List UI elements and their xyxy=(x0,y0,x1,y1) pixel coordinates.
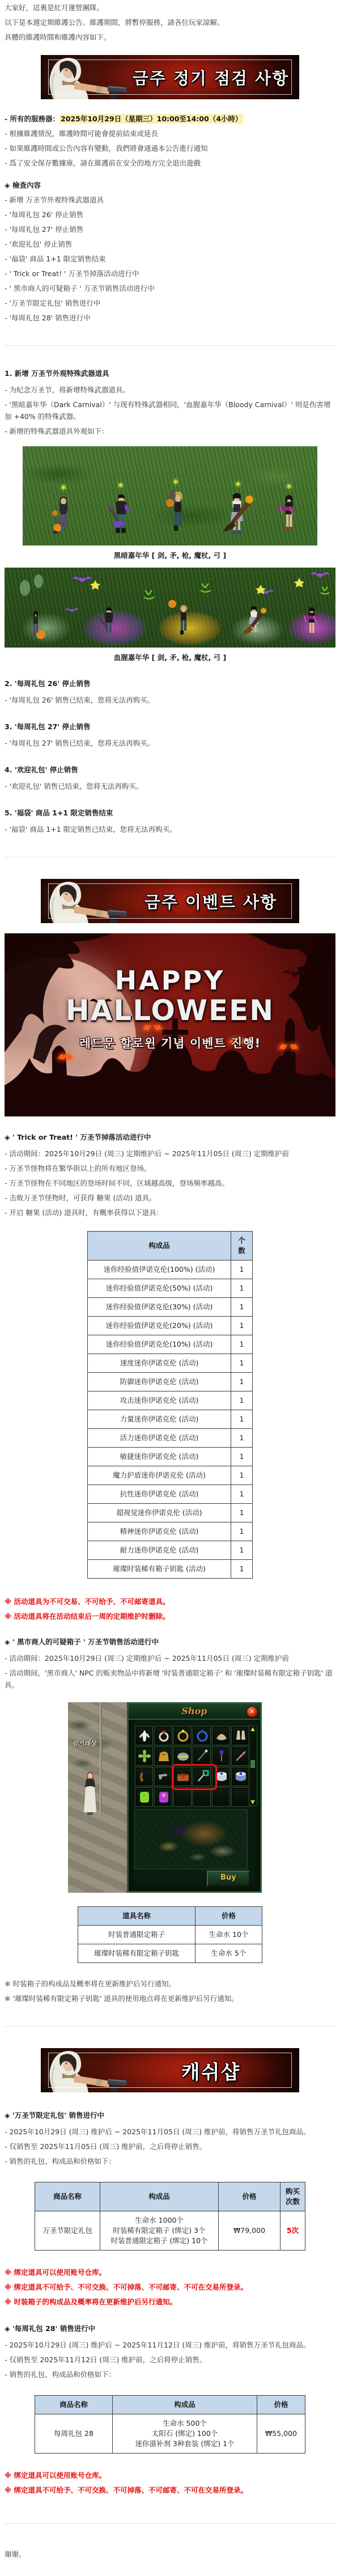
cashshop-banner: 캐쉬샵 xyxy=(41,2048,299,2092)
weekly-pack-line: - 2025年10月29日 (周三) 维护后 ~ 2025年11月12日 (周三… xyxy=(5,2339,335,2351)
table-header-row: 构成品 个数 xyxy=(88,1232,253,1260)
trick-line: - 万圣节怪物在不同地区的登场时间不同，区域越高级，登场频率越高。 xyxy=(5,1177,335,1189)
intro-line-3: 具體的維護時間和維護內容如下。 xyxy=(5,32,335,43)
table-row: 璀璨时装稀有限定箱子钥匙生命水 5个 xyxy=(78,1944,262,1963)
pack-item: 时装普通限定箱子 (绑定) 10个 xyxy=(105,2236,214,2246)
blackmarket-title: ◈ ' 黑市商人的可疑箱子 ' 万圣节销售活动进行中 xyxy=(5,1636,335,1648)
candy-drop-table: 构成品 个数 迷你经验值伊诺克伦(100%) (活动)1 迷你经验值伊诺克伦(5… xyxy=(87,1231,253,1579)
item-slot xyxy=(135,1767,153,1786)
halloween-pack-line: - 销售的礼包、构成品和价格如下： xyxy=(5,2155,335,2167)
bloody-carnival-caption: 血腥嘉年华 [ 剑, 矛, 枪, 魔杖, 弓 ] xyxy=(5,653,335,663)
shop-window-title: Shop xyxy=(129,1706,260,1716)
cashshop-banner-title: 캐쉬샵 xyxy=(126,2048,296,2092)
trick-line: - 击败万圣节怪物时，可获得 糖果 (活动) 道具。 xyxy=(5,1192,335,1204)
table-row: 魔力护盾迷你伊诺克伦 (活动)1 xyxy=(88,1466,253,1485)
game-character-sprite xyxy=(52,496,75,538)
weekly-pack-title: ◈ '每周礼包 28' 销售进行中 xyxy=(5,2323,335,2334)
schedule-label: - 所有的服務器： xyxy=(5,115,59,123)
npc-name-label: 암거래상 xyxy=(73,1739,97,1748)
notice-page: 大家好，這裏是紅月運營團隊。 以下是本週定期維護公告。維護期間，將暫停服務，請各… xyxy=(0,0,340,2576)
table-row: 璀璨时装稀有箱子钥匙 (活动)1 xyxy=(88,1560,253,1579)
table-row: 迷你经验值伊诺克伦(50%) (活动)1 xyxy=(88,1279,253,1298)
item-slot xyxy=(135,1746,153,1766)
item-slot xyxy=(231,1746,249,1766)
event-banner-title: 금주 이벤트 사항 xyxy=(126,879,296,923)
item-slot xyxy=(231,1787,249,1807)
section4-line: - '欢迎礼包' 销售已结束，您将无法再购买。 xyxy=(5,780,335,792)
schedule-note: - 爲了安全保存數據庫，請在維護前在安全的地方完全退出遊戲 xyxy=(5,157,335,169)
item-slot xyxy=(173,1726,192,1745)
blackmarket-line: - 活动期间：2025年10月29日 (周三) 定期维护后 ~ 2025年11月… xyxy=(5,1652,335,1664)
trick-line: - 活动期间：2025年10月29日 (周三) 定期维护后 ~ 2025年11月… xyxy=(5,1148,335,1160)
schedule-line: - 所有的服務器：2025年10月29日（星期三）10:00至14:00（4小時… xyxy=(5,113,335,125)
event-warning: ※ 活动道具将在活动结束后一周的定期维护时删除。 xyxy=(5,1610,335,1622)
check-item: - 新增 万圣节外观特殊武器道具 xyxy=(5,194,335,206)
table-row: 敏捷迷你伊诺克伦 (活动)1 xyxy=(88,1448,253,1466)
section5-title: 5. '福袋' 商品 1+1 限定销售结束 xyxy=(5,807,335,819)
table-row: 万圣节限定礼包 生命水 1000个 时装稀有限定箱子 (绑定) 3个 时装普通限… xyxy=(35,2211,305,2251)
table-row: 超视觉迷你伊诺克伦 (活动)1 xyxy=(88,1504,253,1522)
game-character-sprite xyxy=(243,606,267,641)
table-row: 时装普通限定箱子生命水 10个 xyxy=(78,1926,262,1944)
section4-title: 4. '欢迎礼包' 停止销售 xyxy=(5,764,335,776)
trick-line: - 万圣节怪物将在繁华街以上的所有地区登场。 xyxy=(5,1162,335,1174)
section-divider xyxy=(5,2523,335,2524)
schedule-note: - 如果維護時間或公告內容有變動，我們將會通過本公告進行通知 xyxy=(5,142,335,154)
item-slot xyxy=(193,1726,211,1745)
game-character-sprite xyxy=(108,494,134,538)
pack-item: 生命水 1000个 xyxy=(105,2215,214,2226)
weekly-pack-line: - 仅销售至 2025年11月12日 (周三) 维护前，之后将停止销售。 xyxy=(5,2354,335,2366)
pack-item: 迷你滋补剂 3种套装 (绑定) 1个 xyxy=(117,2439,252,2449)
intro-line-2: 以下是本週定期維護公告。維護期間，將暫停服務，請各位玩家諒解。 xyxy=(5,17,335,28)
closing-thanks: 谢谢。 xyxy=(5,2549,335,2559)
shop-screenshot: 암거래상 Shop xyxy=(68,1702,262,1893)
halloween-effects-art xyxy=(5,568,335,648)
section-divider xyxy=(5,857,335,857)
game-character-sprite xyxy=(175,604,192,640)
column-header: 价格 xyxy=(219,2182,280,2211)
halloween-title-block: HAPPY HALLOWEEN 레드문 할로윈 기념 이벤트 진행! xyxy=(5,966,335,1051)
game-character-sprite xyxy=(99,607,118,641)
shop-scrollbar xyxy=(249,1725,257,1806)
close-icon xyxy=(246,1706,258,1718)
check-item: - '万圣节限定礼包' 销售进行中 xyxy=(5,297,335,309)
scrollbar-thumb xyxy=(250,1760,255,1768)
halloween-subtitle: 레드문 할로윈 기념 이벤트 진행! xyxy=(5,1034,335,1051)
section2-line: - '每周礼包 26' 销售已结束，您将无法再购买。 xyxy=(5,694,335,706)
schedule-time-highlight: 2025年10月29日（星期三）10:00至14:00（4小時） xyxy=(59,114,243,124)
item-slot xyxy=(135,1726,153,1745)
dark-carnival-caption: 黑暗嘉年华 [ 剑, 矛, 枪, 魔杖, 弓 ] xyxy=(5,551,335,561)
table-row: 活力迷你伊诺克伦 (活动)1 xyxy=(88,1429,253,1448)
table-row: 力量迷你伊诺克伦 (活动)1 xyxy=(88,1410,253,1429)
column-header: 个数 xyxy=(231,1232,253,1260)
column-header: 构成品 xyxy=(88,1232,231,1260)
quest-marker-icon xyxy=(286,481,293,492)
column-header: 构成品 xyxy=(100,2182,219,2211)
column-header: 购买次数 xyxy=(280,2182,305,2211)
maintenance-banner: 금주 정기 점검 사항 xyxy=(41,55,299,99)
blackmarket-line: - 活动期间，'黑市商人' NPC 的贩卖物品中将新增 '时装普通限定箱子' 和… xyxy=(5,1667,335,1691)
game-character-sprite xyxy=(28,611,43,642)
trick-line: - 开启 糖果 (活动) 道具时，有概率获得以下道具： xyxy=(5,1207,335,1219)
game-character-sprite xyxy=(164,490,187,538)
shop-titlebar: Shop xyxy=(129,1704,260,1720)
item-slot xyxy=(193,1787,211,1807)
table-row: 攻击迷你伊诺克伦 (活动)1 xyxy=(88,1391,253,1410)
item-slot xyxy=(212,1746,230,1766)
game-character-sprite xyxy=(277,495,301,538)
item-slot xyxy=(212,1787,230,1807)
section1-line: - 新增的特殊武器道具外观如下： xyxy=(5,425,335,437)
quest-marker-icon xyxy=(172,477,180,487)
item-slot xyxy=(154,1746,172,1766)
weekly-warning: ※ 绑定道具不可给予、不可交换、不可掉落、不可邮寄、不可在交易所登录。 xyxy=(5,2484,335,2496)
table-row: 迷你经验值伊诺克伦(10%) (活动)1 xyxy=(88,1335,253,1354)
pack-warning: ※ 绑定道具不可给予、不可交换、不可掉落、不可邮寄、不可在交易所登录。 xyxy=(5,2281,335,2293)
section1-line: - '黑暗嘉年华（Dark Carnival）' 与现有特殊武器相同，'血腥嘉年… xyxy=(5,399,335,422)
ghost-eyes-art xyxy=(59,1055,71,1060)
table-row: 抗性迷你伊诺克伦 (活动)1 xyxy=(88,1485,253,1504)
table-row: 速度迷你伊诺克伦 (活动)1 xyxy=(88,1354,253,1373)
pack-item: 太阳石 (绑定) 100个 xyxy=(117,2429,252,2439)
schedule-note: - 根據維護情況，維護時間可能會提前結束或延長 xyxy=(5,128,335,139)
column-header: 价格 xyxy=(195,1907,262,1926)
shop-window: Shop xyxy=(127,1702,262,1893)
table-row: 迷你经验值伊诺克伦(100%) (活动)1 xyxy=(88,1260,253,1279)
check-item: - '每周礼包 28' 销售进行中 xyxy=(5,312,335,324)
quest-marker-icon xyxy=(235,479,242,489)
section5-line: - '福袋' 商品 1+1 限定销售已结束，您将无法再购买。 xyxy=(5,823,335,835)
event-banner: 금주 이벤트 사항 xyxy=(41,879,299,923)
highlighted-items-box xyxy=(172,1764,217,1790)
quest-marker-icon xyxy=(117,480,125,490)
item-slot xyxy=(231,1726,249,1745)
npc-sprite xyxy=(82,1770,99,1817)
blackmarket-note: ※ 时装箱子的构成品及概率将在更新维护后另行通知。 xyxy=(5,1978,335,1990)
lamppost-art xyxy=(100,1702,102,1816)
weekly-warning: ※ 绑定道具可以使用账号仓库。 xyxy=(5,2469,335,2481)
check-item: - ' 黑市商人的可疑箱子 ' 万圣节销售活动进行中 xyxy=(5,282,335,294)
table-row: 迷你经验值伊诺克伦(30%) (活动)1 xyxy=(88,1298,253,1317)
bloody-carnival-screenshot xyxy=(5,568,335,648)
maintenance-banner-title: 금주 정기 점검 사항 xyxy=(126,55,296,99)
section1-title: 1. 新增 万圣节外观特殊武器道具 xyxy=(5,367,335,379)
item-slot xyxy=(231,1767,249,1786)
item-slot xyxy=(173,1746,192,1766)
table-header-row: 商品名称 构成品 价格 购买次数 xyxy=(35,2182,305,2211)
table-row: 迷你经验值伊诺克伦(20%) (活动)1 xyxy=(88,1317,253,1335)
weekly-pack-table: 商品名称 构成品 价格 每周礼包 28 生命水 500个 太阳石 (绑定) 10… xyxy=(35,2395,305,2454)
section3-line: - '每周礼包 27' 销售已结束，您将无法再购买。 xyxy=(5,737,335,749)
trick-or-treat-title: ◈ ' Trick or Treat! ' 万圣节掉落活动进行中 xyxy=(5,1131,335,1143)
table-row: 耐力迷你伊诺克伦 (活动)1 xyxy=(88,1541,253,1560)
table-header-row: 道具名称 价格 xyxy=(78,1907,262,1926)
halloween-title-line1: HAPPY xyxy=(5,966,335,995)
table-header-row: 商品名称 构成品 价格 xyxy=(35,2396,305,2414)
check-item: - '福袋' 商品 1+1 限定销售结束 xyxy=(5,253,335,265)
pack-warning: ※ 绑定道具可以使用账号仓库。 xyxy=(5,2266,335,2278)
item-slot xyxy=(154,1767,172,1786)
column-header: 价格 xyxy=(257,2396,305,2414)
halloween-title-line2: HALLOWEEN xyxy=(5,995,335,1026)
check-item: - '每周礼包 27' 停止销售 xyxy=(5,223,335,235)
dark-carnival-screenshot xyxy=(23,446,317,545)
section-divider xyxy=(5,345,335,346)
pack-item: 生命水 500个 xyxy=(117,2418,252,2429)
check-content-title: ◈ 檢查內容 xyxy=(5,179,335,191)
item-slot xyxy=(135,1787,153,1807)
halloween-pack-line: - 仅销售至 2025年11月05日 (周三) 维护前，之后将停止销售。 xyxy=(5,2141,335,2152)
halloween-pack-table: 商品名称 构成品 价格 购买次数 万圣节限定礼包 生命水 1000个 时装稀有限… xyxy=(35,2182,305,2251)
item-slot xyxy=(212,1726,230,1745)
halloween-pack-line: - 2025年10月29日 (周三) 维护后 ~ 2025年11月05日 (周三… xyxy=(5,2126,335,2138)
halloween-pack-title: ◈ '万圣节限定礼包' 销售进行中 xyxy=(5,2109,335,2121)
quest-marker-icon xyxy=(60,483,67,493)
pack-item: 时装稀有限定箱子 (绑定) 3个 xyxy=(105,2226,214,2236)
section1-line: - 为纪念万圣节，将新增特殊武器道具。 xyxy=(5,384,335,396)
event-warning: ※ 活动道具为不可交易、不可给予、不可邮寄道具。 xyxy=(5,1596,335,1608)
intro-line-1: 大家好，這裏是紅月運營團隊。 xyxy=(5,2,335,13)
column-header: 商品名称 xyxy=(35,2182,100,2211)
column-header: 构成品 xyxy=(113,2396,257,2414)
game-character-sprite xyxy=(301,607,322,642)
item-slot xyxy=(154,1787,172,1807)
column-header: 商品名称 xyxy=(35,2396,113,2414)
game-character-sprite xyxy=(222,493,254,538)
pack-warning: ※ 时装箱子的构成品及概率将在更新维护后另行通知。 xyxy=(5,2296,335,2308)
buy-button: Buy xyxy=(207,1871,250,1886)
purchase-limit-value: 5次 xyxy=(280,2211,305,2251)
weekly-pack-line: - 销售的礼包、构成品和价格如下： xyxy=(5,2368,335,2380)
item-slot xyxy=(154,1726,172,1745)
section2-title: 2. '每周礼包 26' 停止销售 xyxy=(5,678,335,690)
check-item: - '欢迎礼包' 停止销售 xyxy=(5,238,335,250)
check-item: - ' Trick or Treat! ' 万圣节掉落活动进行中 xyxy=(5,268,335,280)
item-slot xyxy=(193,1746,211,1766)
table-row: 防御迷你伊诺克伦 (活动)1 xyxy=(88,1373,253,1391)
column-header: 道具名称 xyxy=(78,1907,195,1926)
section-divider xyxy=(5,2026,335,2027)
check-item: - '每周礼包 26' 停止销售 xyxy=(5,209,335,221)
halloween-event-image: HAPPY HALLOWEEN 레드문 할로윈 기념 이벤트 진행! xyxy=(5,933,335,1116)
item-slot xyxy=(173,1787,192,1807)
blackmarket-price-table: 道具名称 价格 时装普通限定箱子生命水 10个 璀璨时装稀有限定箱子钥匙生命水 … xyxy=(78,1906,262,1963)
section3-title: 3. '每周礼包 27' 停止销售 xyxy=(5,721,335,733)
blackmarket-note: ※ '璀璨时装稀有限定箱子钥匙' 道具的使用地点将在更新维护后另行通知。 xyxy=(5,1993,335,2004)
table-row: 每周礼包 28 生命水 500个 太阳石 (绑定) 100个 迷你滋补剂 3种套… xyxy=(35,2414,305,2454)
table-row: 精神迷你伊诺克伦 (活动)1 xyxy=(88,1522,253,1541)
item-preview-art xyxy=(134,1809,248,1869)
